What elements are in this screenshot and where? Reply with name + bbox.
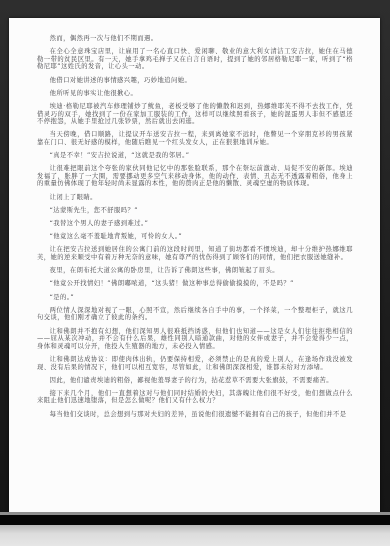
viewer-background: 然而，偶然再一次与他们不期而遇。 在全心全意珠宝店里，让雇用了一名心直口快、爱闲…: [0, 0, 390, 546]
paragraph: 让闭上了眼睛。: [37, 194, 353, 202]
paragraph: 在全心全意珠宝店里，让雇用了一名心直口快、爱闲聊、敬业的意大利女清洁工安吉拉，她…: [37, 48, 353, 71]
bottom-light-strip: [0, 525, 390, 546]
bottom-black-band: [0, 515, 390, 525]
paragraph: “我替这个男人的妻子感到难过。”: [37, 220, 353, 228]
paragraph: 当天傍晚，借口顺路，让提议开车送安吉拉一程，来到离她家不远时，他瞥见一个穿朋克衫…: [37, 131, 353, 146]
paragraph: 让和佛朗达成协议：即使肉体出轨，仍要保持相爱，必须禁止的是真的爱上别人，在逢场作…: [37, 356, 353, 371]
paragraph: “是的。”: [37, 294, 353, 302]
paragraph: 然而，偶然再一次与他们不期而遇。: [37, 35, 353, 43]
paragraph: “真是不幸！”安吉拉说道，“这就是我的邻居。”: [37, 152, 353, 160]
paragraph: 接下来几个月，他们一直想着这对与他们同时结婚的夫妇，其落魄让他们很不好受，他们想…: [37, 390, 353, 405]
paragraph: 因此，他们谴责埃迪的粗俗，鄙视他羞辱妻子的行为，拈花惹草不需要大张旗鼓，不需要痛…: [37, 377, 353, 385]
paragraph: “他竟这么毫不羞耻地背叛她，可怜的女人。”: [37, 233, 353, 241]
paragraph: 他所听见的事实让他很揪心。: [37, 90, 353, 98]
paragraph: 让很难把眼前这个夸张的家伙同他记忆中的那张脸联系，那个在祭坛前激动、局促不安的新…: [37, 165, 353, 188]
paragraph: “达蒙斯先生，您不舒服吗？”: [37, 207, 353, 215]
paragraph: 埃迪·格勒尼耶被汽车修理铺炒了鱿鱼，老板受够了他的懒散和迟到，热娜维耶芙不得不去…: [37, 103, 353, 126]
paragraph: 让和佛朗并不抱有幻想，他们深知男人很难抵挡诱惑，但他们也知道——这是女人们往往拒…: [37, 328, 353, 351]
paragraph: “他竟公开找情妇！”佛朗嘟哝道，“这头猪！做这种事总得偷偷摸摸的，不是吗？”: [37, 280, 353, 288]
page-text-block: 然而，偶然再一次与他们不期而遇。 在全心全意珠宝店里，让雇用了一名心直口快、爱闲…: [37, 35, 353, 418]
paragraph: 夜里，在朗布托大道公寓的卧房里，让告诉了佛朗这些事，佛朗皱起了眉头。: [37, 267, 353, 275]
paragraph: 让在把安吉拉送到她居住的公寓门前的这段时间里，知道了街坊都看不惯埃迪，却十分维护…: [37, 246, 353, 261]
paragraph: 他借口对她讲述的事情感兴趣，巧妙地追问她。: [37, 77, 353, 85]
paragraph: 每当他们交谈时，总会想到与那对夫妇的差异，虽说他们很遗憾不能拥有自己的孩子，但他…: [37, 411, 353, 419]
document-page: 然而，偶然再一次与他们不期而遇。 在全心全意珠宝店里，让雇用了一名心直口快、爱闲…: [9, 18, 380, 512]
paragraph: 两位情人深深地对视了一眼，心照不宣，然后继续各自手中的事，一个择菜，一个整理柜子…: [37, 307, 353, 322]
